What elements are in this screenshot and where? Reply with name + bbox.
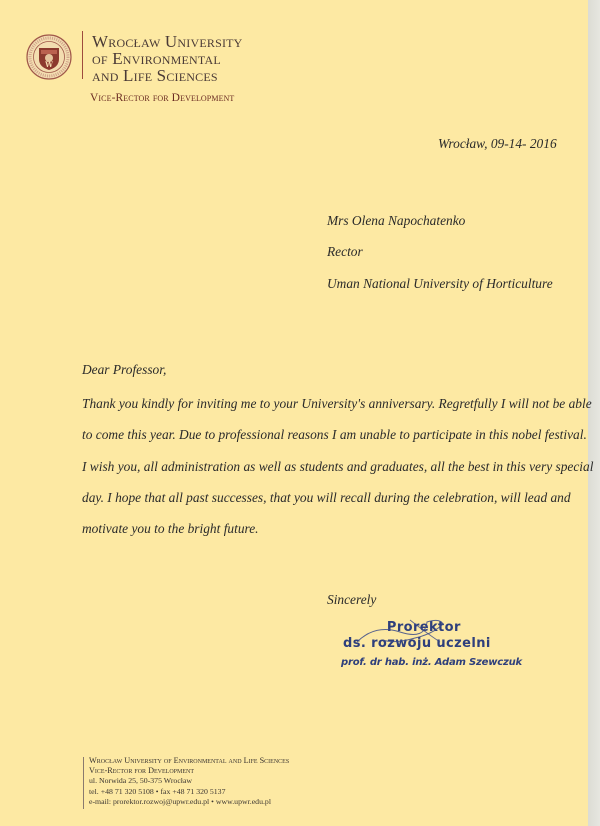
university-name-line: and Life Sciences xyxy=(92,67,243,84)
footer-university: Wrocław University of Environmental and … xyxy=(89,756,289,766)
logo-divider xyxy=(82,31,83,79)
paragraph-line: Thank you kindly for inviting me to your… xyxy=(82,396,592,412)
scan-edge xyxy=(588,0,600,826)
paragraph-line: to come this year. Due to professional r… xyxy=(82,427,587,443)
university-seal-icon: W xyxy=(26,34,72,80)
recipient-title: Rector xyxy=(327,244,363,260)
recipient-name: Mrs Olena Napochatenko xyxy=(327,213,465,229)
footer-phone: tel. +48 71 320 5108 • fax +48 71 320 51… xyxy=(89,787,289,797)
university-name-line: of Environmental xyxy=(92,50,243,67)
footer-department: Vice-Rector for Development xyxy=(89,766,289,776)
handwritten-signature xyxy=(355,612,455,652)
svg-text:W: W xyxy=(44,60,53,69)
paragraph-line: I wish you, all administration as well a… xyxy=(82,459,593,475)
closing: Sincerely xyxy=(327,592,376,608)
university-name-line: Wrocław University xyxy=(92,33,243,50)
recipient-organization: Uman National University of Horticulture xyxy=(327,276,553,292)
footer-divider xyxy=(83,757,84,809)
footer-address-line: ul. Norwida 25, 50-375 Wrocław xyxy=(89,776,289,786)
letter-page xyxy=(0,0,588,826)
paragraph-line: day. I hope that all past successes, tha… xyxy=(82,490,571,506)
department-name: Vice-Rector for Development xyxy=(90,92,234,104)
letter-date: Wrocław, 09-14- 2016 xyxy=(438,136,557,152)
paragraph-line: motivate you to the bright future. xyxy=(82,521,259,537)
university-name: Wrocław University of Environmental and … xyxy=(92,33,243,84)
footer-address: Wrocław University of Environmental and … xyxy=(89,756,289,807)
footer-contact: e-mail: prorektor.rozwoj@upwr.edu.pl • w… xyxy=(89,797,289,807)
signer-name: prof. dr hab. inż. Adam Szewczuk xyxy=(341,657,522,668)
salutation: Dear Professor, xyxy=(82,362,166,378)
